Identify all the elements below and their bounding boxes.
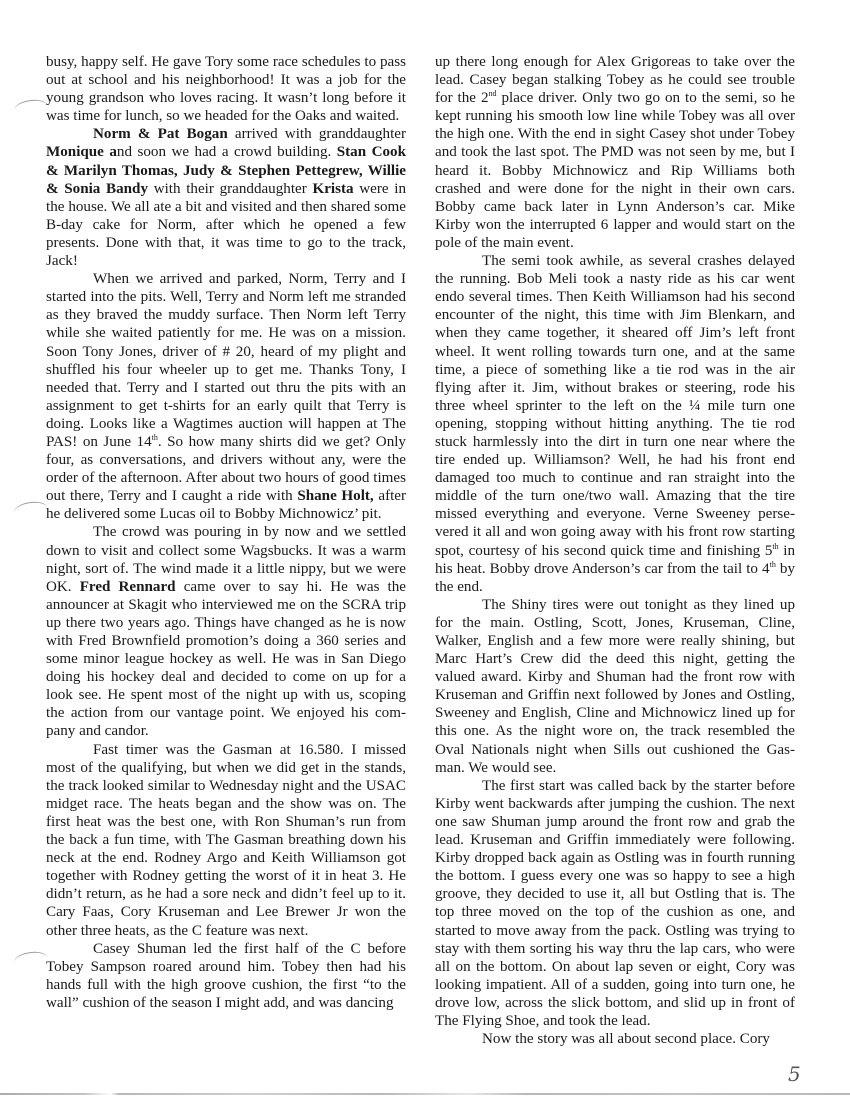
paragraph-text: came over to say hi. He was the announce…: [46, 579, 406, 740]
bold-names: Norm & Pat Bogan: [93, 126, 228, 142]
paragraph-text: Fast timer was the Gasman at 16.580. I m…: [46, 742, 406, 939]
paragraph: The semi took awhile, as several crashes…: [435, 252, 795, 596]
paragraph-text: When we arrived and parked, Norm, Terry …: [46, 271, 406, 450]
paragraph: up there long enough for Alex Grigoreas …: [435, 53, 795, 252]
paragraph: Casey Shuman led the first half of the C…: [46, 940, 406, 1012]
bold-names: Monique a: [46, 144, 117, 160]
paragraph: Fast timer was the Gasman at 16.580. I m…: [46, 741, 406, 940]
right-column: up there long enough for Alex Grigoreas …: [435, 53, 795, 1048]
paragraph-text: The Shiny tires were out tonight as they…: [435, 597, 795, 776]
hole-punch-mark: [13, 500, 49, 522]
paragraph: busy, happy self. He gave Tory some race…: [46, 53, 406, 125]
paragraph-text: The semi took awhile, as several crashes…: [435, 253, 795, 559]
paragraph: Now the story was all about second place…: [435, 1030, 795, 1048]
scan-edge-line: [0, 1093, 850, 1095]
left-column: busy, happy self. He gave Tory some race…: [46, 53, 406, 1012]
paragraph: The crowd was pouring in by now and we s…: [46, 523, 406, 740]
paragraph-text: arrived with granddaughter: [228, 126, 406, 142]
paragraph: When we arrived and parked, Norm, Terry …: [46, 270, 406, 523]
hole-punch-mark: [13, 950, 49, 972]
paragraph-text: busy, happy self. He gave Tory some race…: [46, 54, 406, 124]
hole-punch-mark: [13, 98, 49, 120]
bold-names: Shane Holt,: [297, 488, 373, 504]
bold-names: Fred Rennard: [80, 579, 176, 595]
page-number: 5: [788, 1062, 801, 1086]
paragraph-text: place driver. Only two go on to the semi…: [435, 90, 795, 251]
paragraph: Norm & Pat Bogan arrived with granddaugh…: [46, 125, 406, 270]
bold-names: Krista: [312, 181, 353, 197]
paragraph-text: Casey Shuman led the first half of the C…: [46, 941, 406, 1011]
ordinal-suffix: nd: [489, 89, 497, 98]
paragraph: The Shiny tires were out tonight as they…: [435, 596, 795, 777]
paragraph-text: with their granddaughter: [148, 181, 312, 197]
paragraph: The first start was called back by the s…: [435, 777, 795, 1030]
paragraph-text: The first start was called back by the s…: [435, 778, 795, 1029]
paragraph-text: Now the story was all about second place…: [482, 1031, 770, 1047]
paragraph-text: nd soon we had a crowd building.: [117, 144, 337, 160]
